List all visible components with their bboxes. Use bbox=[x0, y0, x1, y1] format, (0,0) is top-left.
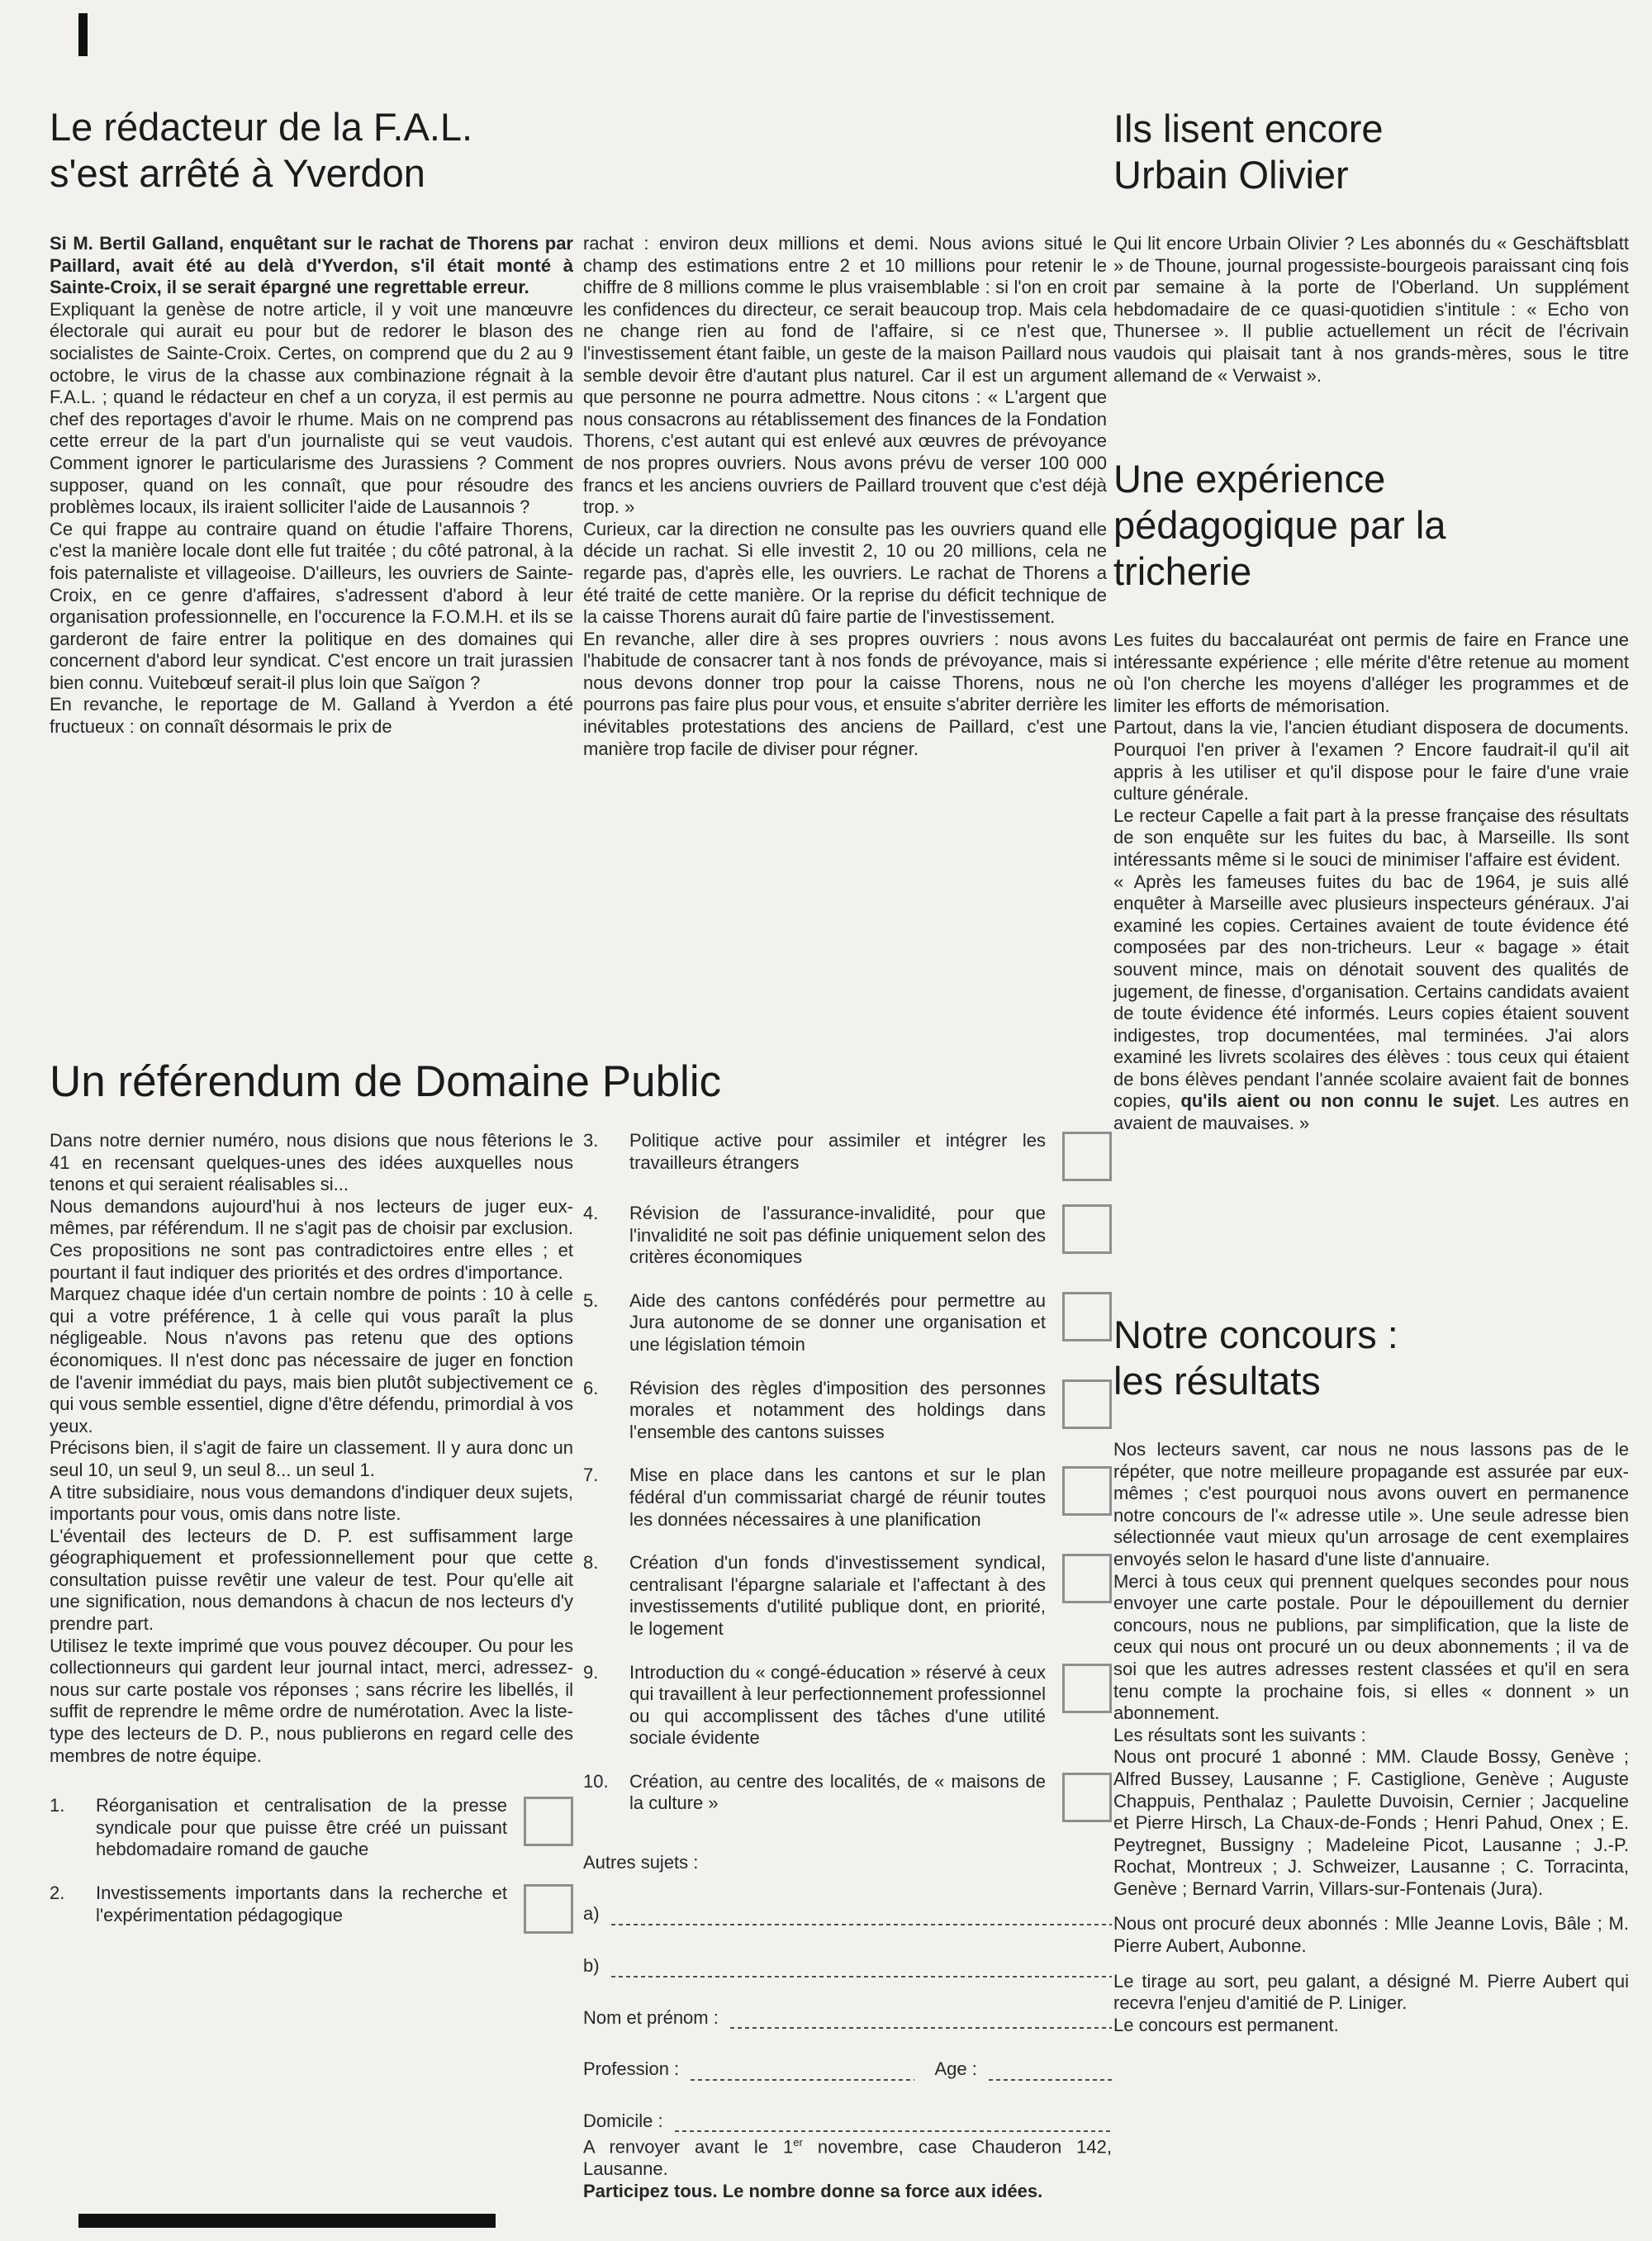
profession-input-line[interactable] bbox=[691, 2068, 914, 2081]
points-checkbox-4[interactable] bbox=[1062, 1204, 1112, 1254]
points-checkbox-10[interactable] bbox=[1062, 1773, 1112, 1822]
paragraph: Le recteur Capelle a fait part à la pres… bbox=[1113, 805, 1629, 871]
paragraph: Les fuites du baccalauréat ont permis de… bbox=[1113, 629, 1629, 717]
title-line: les résultats bbox=[1113, 1358, 1629, 1404]
article-title-tricherie: Une expérience pédagogique par la triche… bbox=[1113, 456, 1629, 595]
paragraph: A titre subsidiaire, nous vous demandons… bbox=[50, 1482, 573, 1526]
ballot-item-7: 7. Mise en place dans les cantons et sur… bbox=[583, 1465, 1112, 1531]
age-field-label: Age : bbox=[934, 2058, 976, 2081]
scan-artifact-top-left bbox=[78, 13, 88, 56]
item-text: Création, au centre des localités, de « … bbox=[629, 1771, 1046, 1815]
reply-form: Autres sujets : a) b) Nom et prénom : Pr… bbox=[583, 1852, 1112, 2203]
ballot-item-1: 1. Réorganisation et centralisation de l… bbox=[50, 1795, 573, 1861]
title-line: Ils lisent encore bbox=[1113, 106, 1629, 152]
field-b-input-line[interactable] bbox=[611, 1964, 1112, 1977]
field-b-label: b) bbox=[583, 1955, 600, 1977]
item-text: Introduction du « congé-éducation » rése… bbox=[629, 1662, 1046, 1750]
title-line: s'est arrêté à Yverdon bbox=[50, 150, 611, 197]
paragraph-lede: Si M. Bertil Galland, enquêtant sur le r… bbox=[50, 233, 573, 299]
article-title-urbain: Ils lisent encore Urbain Olivier bbox=[1113, 106, 1629, 198]
paragraph: Curieux, car la direction ne consulte pa… bbox=[583, 519, 1107, 629]
ballot-item-2: 2. Investissements importants dans la re… bbox=[50, 1883, 573, 1934]
item-number: 9. bbox=[583, 1662, 629, 1684]
title-line: Urbain Olivier bbox=[1113, 152, 1629, 198]
field-row-profession-age: Profession : Age : bbox=[583, 2058, 1112, 2081]
item-number: 2. bbox=[50, 1883, 96, 1905]
article-fal-column-2: rachat : environ deux millions et demi. … bbox=[583, 233, 1107, 760]
paragraph: Précisons bien, il s'agit de faire un cl… bbox=[50, 1437, 573, 1481]
item-text: Révision des règles d'imposition des per… bbox=[629, 1378, 1046, 1444]
title-line: Une expérience bbox=[1113, 456, 1629, 502]
item-number: 7. bbox=[583, 1465, 629, 1487]
title-line: Le rédacteur de la F.A.L. bbox=[50, 104, 611, 150]
article-title-referendum: Un référendum de Domaine Public bbox=[50, 1057, 1123, 1107]
send-instructions: A renvoyer avant le 1er novembre, case C… bbox=[583, 2132, 1112, 2181]
points-checkbox-9[interactable] bbox=[1062, 1664, 1112, 1713]
article-urbain: Ils lisent encore Urbain Olivier Qui lit… bbox=[1113, 106, 1629, 387]
item-text: Aide des cantons confédérés pour permett… bbox=[629, 1290, 1046, 1356]
domicile-field-label: Domicile : bbox=[583, 2110, 663, 2133]
points-checkbox-3[interactable] bbox=[1062, 1132, 1112, 1181]
field-a-input-line[interactable] bbox=[611, 1912, 1112, 1925]
item-number: 10. bbox=[583, 1771, 629, 1793]
paragraph: Merci à tous ceux qui prennent quelques … bbox=[1113, 1571, 1629, 1725]
domicile-input-line[interactable] bbox=[675, 2119, 1112, 2132]
field-row-b: b) bbox=[583, 1955, 1112, 1977]
article-tricherie: Une expérience pédagogique par la triche… bbox=[1113, 456, 1629, 1135]
item-text: Création d'un fonds d'investissement syn… bbox=[629, 1552, 1046, 1640]
paragraph: rachat : environ deux millions et demi. … bbox=[583, 233, 1107, 519]
paragraph: Nous ont procuré deux abonnés : Mlle Jea… bbox=[1113, 1913, 1629, 1957]
item-number: 6. bbox=[583, 1378, 629, 1400]
profession-field-label: Profession : bbox=[583, 2058, 679, 2081]
name-field-label: Nom et prénom : bbox=[583, 2007, 719, 2030]
name-input-line[interactable] bbox=[730, 2015, 1112, 2029]
paragraph: Nous demandons aujourd'hui à nos lecteur… bbox=[50, 1196, 573, 1284]
title-line: Un référendum de Domaine Public bbox=[50, 1057, 1123, 1107]
title-line: pédagogique par la bbox=[1113, 502, 1629, 548]
age-input-line[interactable] bbox=[989, 2068, 1112, 2081]
item-text: Mise en place dans les cantons et sur le… bbox=[629, 1465, 1046, 1531]
item-number: 1. bbox=[50, 1795, 96, 1817]
quote-bold-text: qu'ils aient ou non connu le sujet bbox=[1180, 1090, 1495, 1111]
points-checkbox-8[interactable] bbox=[1062, 1554, 1112, 1603]
newspaper-page: Le rédacteur de la F.A.L. s'est arrêté à… bbox=[0, 0, 1652, 2241]
quote-text: « Après les fameuses fuites du bac de 19… bbox=[1113, 871, 1629, 1112]
article-title-fal: Le rédacteur de la F.A.L. s'est arrêté à… bbox=[50, 104, 611, 197]
referendum-column-2: 3. Politique active pour assimiler et in… bbox=[583, 1130, 1112, 2203]
points-checkbox-6[interactable] bbox=[1062, 1379, 1112, 1429]
autres-sujets-label: Autres sujets : bbox=[583, 1852, 1112, 1874]
ballot-items-1-2: 1. Réorganisation et centralisation de l… bbox=[50, 1795, 573, 1934]
paragraph: Nous ont procuré 1 abonné : MM. Claude B… bbox=[1113, 1746, 1629, 1900]
item-number: 3. bbox=[583, 1130, 629, 1152]
field-a-label: a) bbox=[583, 1903, 600, 1925]
ballot-item-8: 8. Création d'un fonds d'investissement … bbox=[583, 1552, 1112, 1640]
item-text: Politique active pour assimiler et intég… bbox=[629, 1130, 1046, 1174]
paragraph: L'éventail des lecteurs de D. P. est suf… bbox=[50, 1526, 573, 1636]
paragraph: Le concours est permanent. bbox=[1113, 2015, 1629, 2037]
field-row-domicile: Domicile : bbox=[583, 2110, 1112, 2133]
paragraph: Ce qui frappe au contraire quand on étud… bbox=[50, 519, 573, 695]
item-number: 5. bbox=[583, 1290, 629, 1313]
item-text: Réorganisation et centralisation de la p… bbox=[96, 1795, 507, 1861]
title-line: tricherie bbox=[1113, 548, 1629, 595]
send-text: A renvoyer avant le 1 bbox=[583, 2137, 793, 2158]
points-checkbox-5[interactable] bbox=[1062, 1292, 1112, 1341]
paragraph: Nos lecteurs savent, car nous ne nous la… bbox=[1113, 1439, 1629, 1571]
item-text: Révision de l'assurance-invalidité, pour… bbox=[629, 1203, 1046, 1269]
paragraph: En revanche, aller dire à ses propres ou… bbox=[583, 629, 1107, 761]
item-text: Investissements importants dans la reche… bbox=[96, 1883, 507, 1926]
ballot-item-5: 5. Aide des cantons confédérés pour perm… bbox=[583, 1290, 1112, 1356]
article-concours: Notre concours : les résultats Nos lecte… bbox=[1113, 1312, 1629, 2036]
paragraph: Utilisez le texte imprimé que vous pouve… bbox=[50, 1636, 573, 1768]
paragraph: Le tirage au sort, peu galant, a désigné… bbox=[1113, 1971, 1629, 2015]
article-fal-column-1: Si M. Bertil Galland, enquêtant sur le r… bbox=[50, 233, 573, 738]
points-checkbox-2[interactable] bbox=[524, 1884, 573, 1934]
points-checkbox-7[interactable] bbox=[1062, 1466, 1112, 1516]
paragraph: Dans notre dernier numéro, nous disions … bbox=[50, 1130, 573, 1196]
field-row-name: Nom et prénom : bbox=[583, 2007, 1112, 2030]
ballot-item-4: 4. Révision de l'assurance-invalidité, p… bbox=[583, 1203, 1112, 1269]
paragraph: Qui lit encore Urbain Olivier ? Les abon… bbox=[1113, 233, 1629, 387]
ballot-item-3: 3. Politique active pour assimiler et in… bbox=[583, 1130, 1112, 1181]
referendum-column-1: Dans notre dernier numéro, nous disions … bbox=[50, 1130, 573, 1934]
points-checkbox-1[interactable] bbox=[524, 1797, 573, 1846]
ballot-item-9: 9. Introduction du « congé-éducation » r… bbox=[583, 1662, 1112, 1750]
paragraph-quote: « Après les fameuses fuites du bac de 19… bbox=[1113, 871, 1629, 1135]
article-title-concours: Notre concours : les résultats bbox=[1113, 1312, 1629, 1404]
paragraph: Partout, dans la vie, l'ancien étudiant … bbox=[1113, 717, 1629, 805]
ballot-item-6: 6. Révision des règles d'imposition des … bbox=[583, 1378, 1112, 1444]
paragraph: Les résultats sont les suivants : bbox=[1113, 1725, 1629, 1747]
paragraph: Marquez chaque idée d'un certain nombre … bbox=[50, 1284, 573, 1437]
ordinal-suffix: er bbox=[793, 2136, 803, 2148]
participate-slogan: Participez tous. Le nombre donne sa forc… bbox=[583, 2181, 1112, 2203]
paragraph: Expliquant la genèse de notre article, i… bbox=[50, 299, 573, 519]
scan-artifact-bottom-bar bbox=[78, 2214, 496, 2228]
ballot-item-10: 10. Création, au centre des localités, d… bbox=[583, 1771, 1112, 1822]
item-number: 4. bbox=[583, 1203, 629, 1225]
field-row-a: a) bbox=[583, 1903, 1112, 1925]
paragraph: En revanche, le reportage de M. Galland … bbox=[50, 694, 573, 738]
title-line: Notre concours : bbox=[1113, 1312, 1629, 1358]
item-number: 8. bbox=[583, 1552, 629, 1574]
